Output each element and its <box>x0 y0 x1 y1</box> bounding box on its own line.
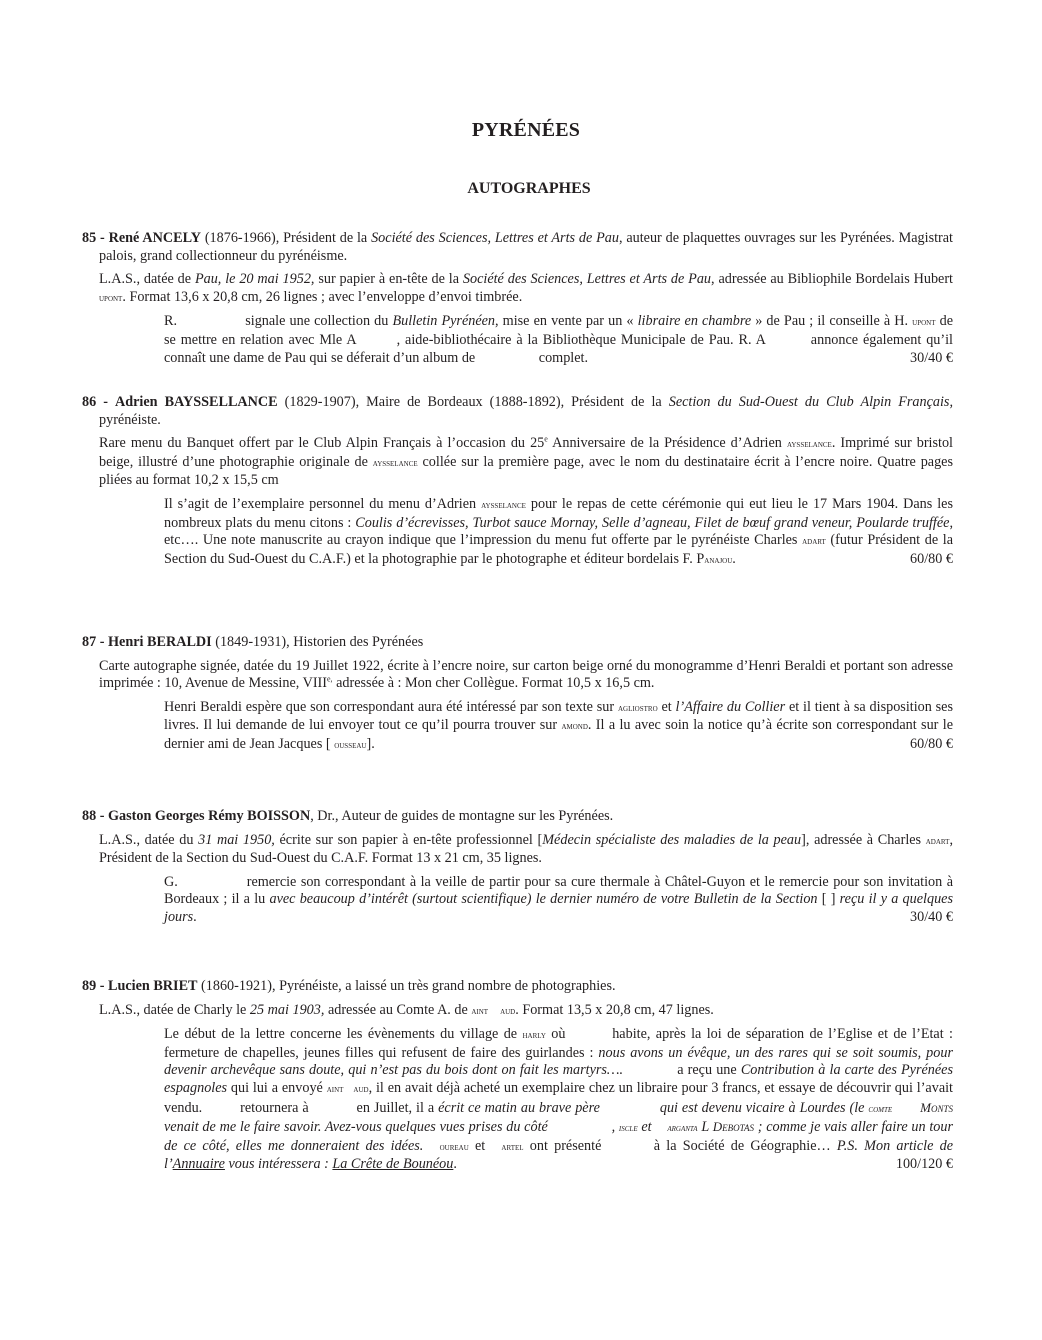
note-smallcaps: aint <box>327 1084 344 1095</box>
desc-text: L.A.S., datée de Charly le <box>99 1002 250 1018</box>
lot-heading-italic: Section du Sud-Ouest du Club Alpin Franç… <box>669 394 953 410</box>
note-smallcaps: comte <box>868 1104 892 1115</box>
lot-description: L.A.S., datée du 31 mai 1950, écrite sur… <box>82 832 953 868</box>
underlined-title: Annuaire <box>173 1156 225 1172</box>
lot-author: Adrien BAYSSELLANCE <box>115 394 278 410</box>
note-italic: venait de me le faire savoir. Avez-vous … <box>164 1119 552 1135</box>
note-text: . <box>453 1156 457 1172</box>
lot-heading: 89 - Lucien BRIET (1860-1921), Pyrénéist… <box>82 978 953 996</box>
desc-smallcaps: adart <box>926 836 950 847</box>
lot-author: Lucien BRIET <box>108 978 197 994</box>
lot-89: 89 - Lucien BRIET (1860-1921), Pyrénéist… <box>82 978 953 1174</box>
lot-87: 87 - Henri BERALDI (1849-1931), Historie… <box>82 634 953 755</box>
desc-text: L.A.S., datée du <box>99 832 198 848</box>
note-text: . <box>732 551 736 567</box>
lot-price: 60/80 € <box>910 736 953 754</box>
note-text: en Juillet, il a <box>353 1100 439 1116</box>
lot-price: 60/80 € <box>910 551 953 569</box>
section-title: AUTOGRAPHES <box>0 180 1042 198</box>
desc-text: , adressée au Bibliophile Bordelais Hube… <box>711 271 953 287</box>
note-text: [ ] <box>818 891 840 907</box>
note-italic: libraire en chambre <box>638 313 752 329</box>
note-smallcaps: upont <box>912 317 935 328</box>
desc-text: Rare menu du Banquet offert par le Club … <box>99 435 544 451</box>
desc-text: écrite sur son papier à en-tête professi… <box>275 832 542 848</box>
lot-note: G. remercie son correspondant à la veill… <box>82 874 953 927</box>
lot-heading-text: (1876-1966), Président de la <box>201 230 371 246</box>
note-smallcaps: agliostro <box>618 703 658 714</box>
note-text: , mise en vente par un « <box>495 313 638 329</box>
lot-author: Henri BERALDI <box>108 634 212 650</box>
lot-author: Gaston Georges Rémy BOISSON <box>108 808 310 824</box>
note-italic: qui est devenu vicaire à Lourdes (le <box>656 1100 869 1116</box>
lot-note: Henri Beraldi espère que son corresponda… <box>82 699 953 755</box>
underlined-title: La Crête de Bounéou <box>332 1156 453 1172</box>
note-italic: Bulletin Pyrénéen <box>392 313 495 329</box>
desc-text: ], adressée à Charles <box>801 832 926 848</box>
lot-description: L.A.S., datée de Charly le 25 mai 1903, … <box>82 1002 953 1021</box>
lot-heading-text: , Dr., Auteur de guides de montagne sur … <box>310 808 613 824</box>
lot-heading: 87 - Henri BERALDI (1849-1931), Historie… <box>82 634 953 652</box>
note-smallcaps: adart <box>802 536 826 547</box>
note-smallcaps: Debotas <box>713 1119 754 1134</box>
desc-italic: Médecin spécialiste des maladies de la p… <box>542 832 801 848</box>
note-smallcaps: iscle <box>619 1123 638 1134</box>
lot-number: 88 - <box>82 808 104 824</box>
lot-heading: 86 - Adrien BAYSSELLANCE (1829-1907), Ma… <box>82 394 953 429</box>
lot-heading-text: (1829-1907), Maire de Bordeaux (1888-189… <box>278 394 669 410</box>
note-text: . <box>193 909 197 925</box>
desc-italic: 25 mai 1903, <box>250 1002 324 1018</box>
desc-smallcaps: upont <box>99 293 122 304</box>
desc-italic: Pau, le 20 mai 1952, <box>195 271 315 287</box>
note-text: à la Société de Géographie… <box>648 1138 837 1154</box>
lot-heading-text: (1849-1931), Historien des Pyrénées <box>212 634 424 650</box>
desc-smallcaps: aint <box>471 1006 488 1017</box>
lot-description: Carte autographe signée, datée du 19 Jui… <box>82 658 953 693</box>
desc-italic: 31 mai 1950, <box>198 832 275 848</box>
note-italic: , <box>612 1119 619 1135</box>
note-text: Le début de la lettre concerne les évène… <box>164 1026 522 1042</box>
lot-description: Rare menu du Banquet offert par le Club … <box>82 435 953 490</box>
lot-number: 86 - <box>82 394 108 410</box>
note-text: » de Pau ; il conseille à H. <box>751 313 912 329</box>
lot-price: 100/120 € <box>896 1156 953 1174</box>
note-text: R. <box>164 313 181 329</box>
note-text: Il s’agit de l’exemplaire personnel du m… <box>164 496 481 512</box>
note-text: et <box>469 1138 492 1154</box>
desc-text: adressée au Comte A. de <box>324 1002 471 1018</box>
note-text: Henri Beraldi espère que son corresponda… <box>164 699 618 715</box>
desc-smallcaps: ayssel­ance <box>373 458 418 469</box>
note-smallcaps: Monts <box>920 1100 953 1115</box>
note-smallcaps: anajou <box>704 555 732 566</box>
lot-price: 30/40 € <box>910 350 953 368</box>
note-italic: avec beaucoup d’intérêt (surtout scienti… <box>269 891 817 907</box>
lot-85: 85 - René ANCELY (1876-1966), Président … <box>82 230 953 367</box>
note-smallcaps: aud <box>353 1084 368 1095</box>
lot-note: Il s’agit de l’exemplaire personnel du m… <box>82 496 953 569</box>
note-smallcaps: oureau <box>440 1142 469 1153</box>
desc-smallcaps: ayssel­ance <box>787 439 832 450</box>
note-text: , aide-bibliothécaire à la Bibliothèque … <box>397 332 766 348</box>
note-italic: écrit ce matin au brave père <box>438 1100 600 1116</box>
desc-text: . Format 13,5 x 20,8 cm, 47 lignes. <box>515 1002 714 1018</box>
desc-text: Anniversaire de la Présidence d’Adrien <box>548 435 787 451</box>
note-smallcaps: ayssel­ance <box>481 500 526 511</box>
note-italic: Coulis d’écrevisses, Turbot sauce Mornay… <box>355 515 949 531</box>
note-text: signale une collection du <box>241 313 392 329</box>
desc-smallcaps: aud <box>500 1006 515 1017</box>
lot-number: 89 - <box>82 978 104 994</box>
desc-text: sur papier à en-tête de la <box>314 271 462 287</box>
note-smallcaps: amond <box>561 721 587 732</box>
lot-author: René ANCELY <box>109 230 201 246</box>
note-italic: vous intéressera : <box>225 1156 332 1172</box>
lot-number: 87 - <box>82 634 104 650</box>
note-text: complet. <box>535 350 588 366</box>
lot-price: 30/40 € <box>910 909 953 927</box>
note-smallcaps: harly <box>522 1030 545 1041</box>
page-title: PYRÉNÉES <box>0 122 1042 140</box>
lot-86: 86 - Adrien BAYSSELLANCE (1829-1907), Ma… <box>82 394 953 569</box>
note-text: où <box>546 1026 571 1042</box>
desc-text: L.A.S., datée de <box>99 271 195 287</box>
note-italic: l’Affaire du Collier <box>676 699 786 715</box>
lot-note: R. signale une collection du Bulletin Py… <box>82 313 953 367</box>
lot-note: Le début de la lettre concerne les évène… <box>82 1026 953 1174</box>
note-text: retournera à <box>236 1100 312 1116</box>
note-text: G. <box>164 874 182 890</box>
lot-heading-italic: Société des Sciences, Lettres et Arts de… <box>371 230 619 246</box>
note-smallcaps: artel <box>501 1142 523 1153</box>
note-text: a reçu une <box>673 1062 741 1078</box>
note-italic: L <box>698 1119 713 1135</box>
note-text: ont présenté <box>524 1138 608 1154</box>
lot-heading: 85 - René ANCELY (1876-1966), Président … <box>82 230 953 265</box>
note-text: et <box>658 699 676 715</box>
lot-description: L.A.S., datée de Pau, le 20 mai 1952, su… <box>82 271 953 307</box>
desc-text: adressée à : Mon cher Collègue. Format 1… <box>333 675 655 691</box>
lot-heading-text: (1860-1921), Pyrénéiste, a laissé un trè… <box>198 978 616 994</box>
note-text: qui lui a envoyé <box>227 1080 327 1096</box>
lot-heading-text: pyrénéiste. <box>99 412 161 428</box>
note-italic: et <box>638 1119 656 1135</box>
desc-text: . Format 13,6 x 20,8 cm, 26 lignes ; ave… <box>122 289 522 305</box>
lot-number: 85 - <box>82 230 105 246</box>
lot-heading: 88 - Gaston Georges Rémy BOISSON, Dr., A… <box>82 808 953 826</box>
note-smallcaps: ousseau <box>334 740 366 751</box>
note-smallcaps: arganta <box>667 1123 697 1134</box>
lot-88: 88 - Gaston Georges Rémy BOISSON, Dr., A… <box>82 808 953 927</box>
note-text: ]. <box>366 736 374 752</box>
desc-italic: Société des Sciences, Lettres et Arts de… <box>463 271 711 287</box>
